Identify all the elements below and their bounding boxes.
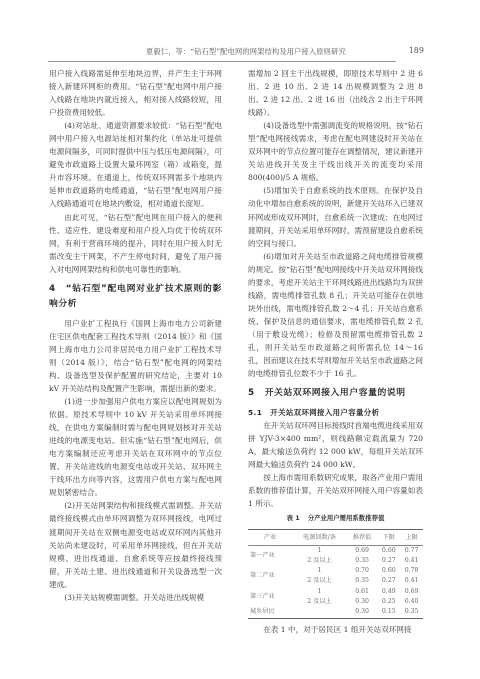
recommended-cell: 0.35 bbox=[347, 576, 378, 586]
table-header-row: 产业 电源回数/条 推荐值 下限 上限 bbox=[248, 529, 423, 545]
industry-cell: 第三产业 bbox=[248, 587, 292, 608]
column-header: 下限 bbox=[377, 529, 400, 545]
section-number: 4 bbox=[49, 284, 56, 294]
column-header: 电源回数/条 bbox=[292, 529, 347, 545]
right-column: 需增加 2 回主干出线规模，即原技术导则中 2 进 6 出、2 进 10 出、2… bbox=[248, 67, 423, 636]
section-title: “钻石型”配电网对业扩技术原则的影响分析 bbox=[49, 284, 222, 309]
paragraph: 需增加 2 回主干出线规模，即原技术导则中 2 进 6 出、2 进 10 出、2… bbox=[248, 67, 423, 119]
upper-cell: 0.69 bbox=[400, 587, 423, 597]
subsection-number: 5.1 bbox=[248, 408, 262, 417]
upper-cell: 0.35 bbox=[400, 607, 423, 618]
table-caption: 表 1分产业用户需用系数推荐值 bbox=[248, 512, 423, 525]
paragraph: 在开关站双环网目标接线时首端电缆进线采用双拼 YJV-3×400 mm²，则线路… bbox=[248, 419, 423, 471]
subsection-5-1-heading: 5.1开关站双环网接入用户容量分析 bbox=[248, 406, 423, 419]
circuits-cell bbox=[292, 607, 347, 618]
recommended-cell: 0.69 bbox=[347, 545, 378, 556]
running-title: 夏毅仁，等：“钻石型”配电网的网架结构及用户接入原则研究 bbox=[146, 47, 346, 57]
circuits-cell: 2 及以上 bbox=[292, 576, 347, 586]
paragraph: (4)对站址、通道资源要求较低：“钻石型”配电网中用户接入电源站址相对集约化（单… bbox=[49, 119, 222, 210]
column-header: 产业 bbox=[248, 529, 292, 545]
upper-cell: 0.41 bbox=[400, 556, 423, 566]
paragraph: 由此可见，“钻石型”配电网在用户接入的便利性、适应性、建设难度和用户投入均优于传… bbox=[49, 211, 222, 276]
paragraph: (5)增加关于自愈系统的技术原则。在保护及自动化中增加自愈系统的说明，新建开关站… bbox=[248, 184, 423, 249]
recommended-cell: 0.30 bbox=[347, 607, 378, 618]
table-caption-text: 分产业用户需用系数推荐值 bbox=[308, 514, 385, 522]
section-number: 5 bbox=[248, 388, 255, 398]
paragraph: 用户业扩工程执行《国网上海市电力公司新建住宅区供电配套工程技术导则（2014 版… bbox=[49, 317, 222, 395]
page-number: 189 bbox=[409, 46, 424, 55]
paragraph: (3)开关站规模需调整。开关站进出线规模 bbox=[49, 591, 222, 604]
circuits-cell: 1 bbox=[292, 587, 347, 597]
section-4-heading: 4“钻石型”配电网对业扩技术原则的影响分析 bbox=[49, 282, 222, 312]
upper-cell: 0.78 bbox=[400, 566, 423, 576]
circuits-cell: 1 bbox=[292, 566, 347, 576]
recommended-cell: 0.61 bbox=[347, 587, 378, 597]
upper-cell: 0.41 bbox=[400, 576, 423, 586]
column-header: 推荐值 bbox=[347, 529, 378, 545]
paragraph: (4)设备选型中需强调流变的规格说明。按“钻石型”配电网接线需求，考虑在配电网建… bbox=[248, 119, 423, 184]
lower-cell: 0.27 bbox=[377, 576, 400, 586]
paragraph: 按上海市需用系数研究成果，取各产业用户需用系数的推荐值计算，开关站双环网接入用户… bbox=[248, 471, 423, 510]
recommended-cell: 0.30 bbox=[347, 597, 378, 607]
lower-cell: 0.60 bbox=[377, 545, 400, 556]
column-header: 上限 bbox=[400, 529, 423, 545]
recommended-cell: 0.70 bbox=[347, 566, 378, 576]
table-row: 城乡居民 0.30 0.15 0.35 bbox=[248, 607, 423, 618]
table-label: 表 1 bbox=[287, 514, 300, 522]
table-row: 第三产业 1 0.61 0.49 0.69 bbox=[248, 587, 423, 597]
subsection-title: 开关站双环网接入用户容量分析 bbox=[270, 408, 379, 417]
paragraph: (1)进一步加强用户供电方案应以配电网规划为依据。原技术导则中 10 kV 开关… bbox=[49, 395, 222, 499]
header-rule bbox=[48, 61, 396, 62]
section-5-heading: 5开关站双环网接入用户容量的说明 bbox=[248, 386, 423, 401]
lower-cell: 0.60 bbox=[377, 566, 400, 576]
lower-cell: 0.25 bbox=[377, 597, 400, 607]
paragraph: (2)开关站网架结构和接线模式需调整。开关站最终接线模式由单环网调整为双环网接线… bbox=[49, 499, 222, 590]
lower-cell: 0.15 bbox=[377, 607, 400, 618]
upper-cell: 0.77 bbox=[400, 545, 423, 556]
table-row: 第二产业 1 0.70 0.60 0.78 bbox=[248, 566, 423, 576]
lower-cell: 0.27 bbox=[377, 556, 400, 566]
lower-cell: 0.49 bbox=[377, 587, 400, 597]
left-column: 用户接入线路需延伸至地块边界，并产生主于环网接入新建环网柜的费用。“钻石型”配电… bbox=[49, 67, 222, 604]
circuits-cell: 2 及以上 bbox=[292, 556, 347, 566]
circuits-cell: 1 bbox=[292, 545, 347, 556]
section-title: 开关站双环网接入用户容量的说明 bbox=[265, 388, 406, 398]
industry-cell: 城乡居民 bbox=[248, 607, 292, 618]
paragraph: 用户接入线路需延伸至地块边界，并产生主于环网接入新建环网柜的费用。“钻石型”配电… bbox=[49, 67, 222, 119]
running-header: 夏毅仁，等：“钻石型”配电网的网架结构及用户接入原则研究 189 bbox=[48, 45, 434, 61]
industry-cell: 第二产业 bbox=[248, 566, 292, 587]
industry-cell: 第一产业 bbox=[248, 545, 292, 566]
demand-factor-table: 产业 电源回数/条 推荐值 下限 上限 第一产业 1 0.69 0.60 0.7… bbox=[248, 529, 423, 619]
upper-cell: 0.40 bbox=[400, 597, 423, 607]
paragraph: 在表 1 中，对于居民区 1 组开关站双环网接 bbox=[248, 623, 423, 636]
paragraph: (6)增加对开关站至市政道路之间电缆排管规模的规定。按“钻石型”配电网接线中开关… bbox=[248, 250, 423, 380]
circuits-cell: 2 及以上 bbox=[292, 597, 347, 607]
table-row: 第一产业 1 0.69 0.60 0.77 bbox=[248, 545, 423, 556]
recommended-cell: 0.35 bbox=[347, 556, 378, 566]
